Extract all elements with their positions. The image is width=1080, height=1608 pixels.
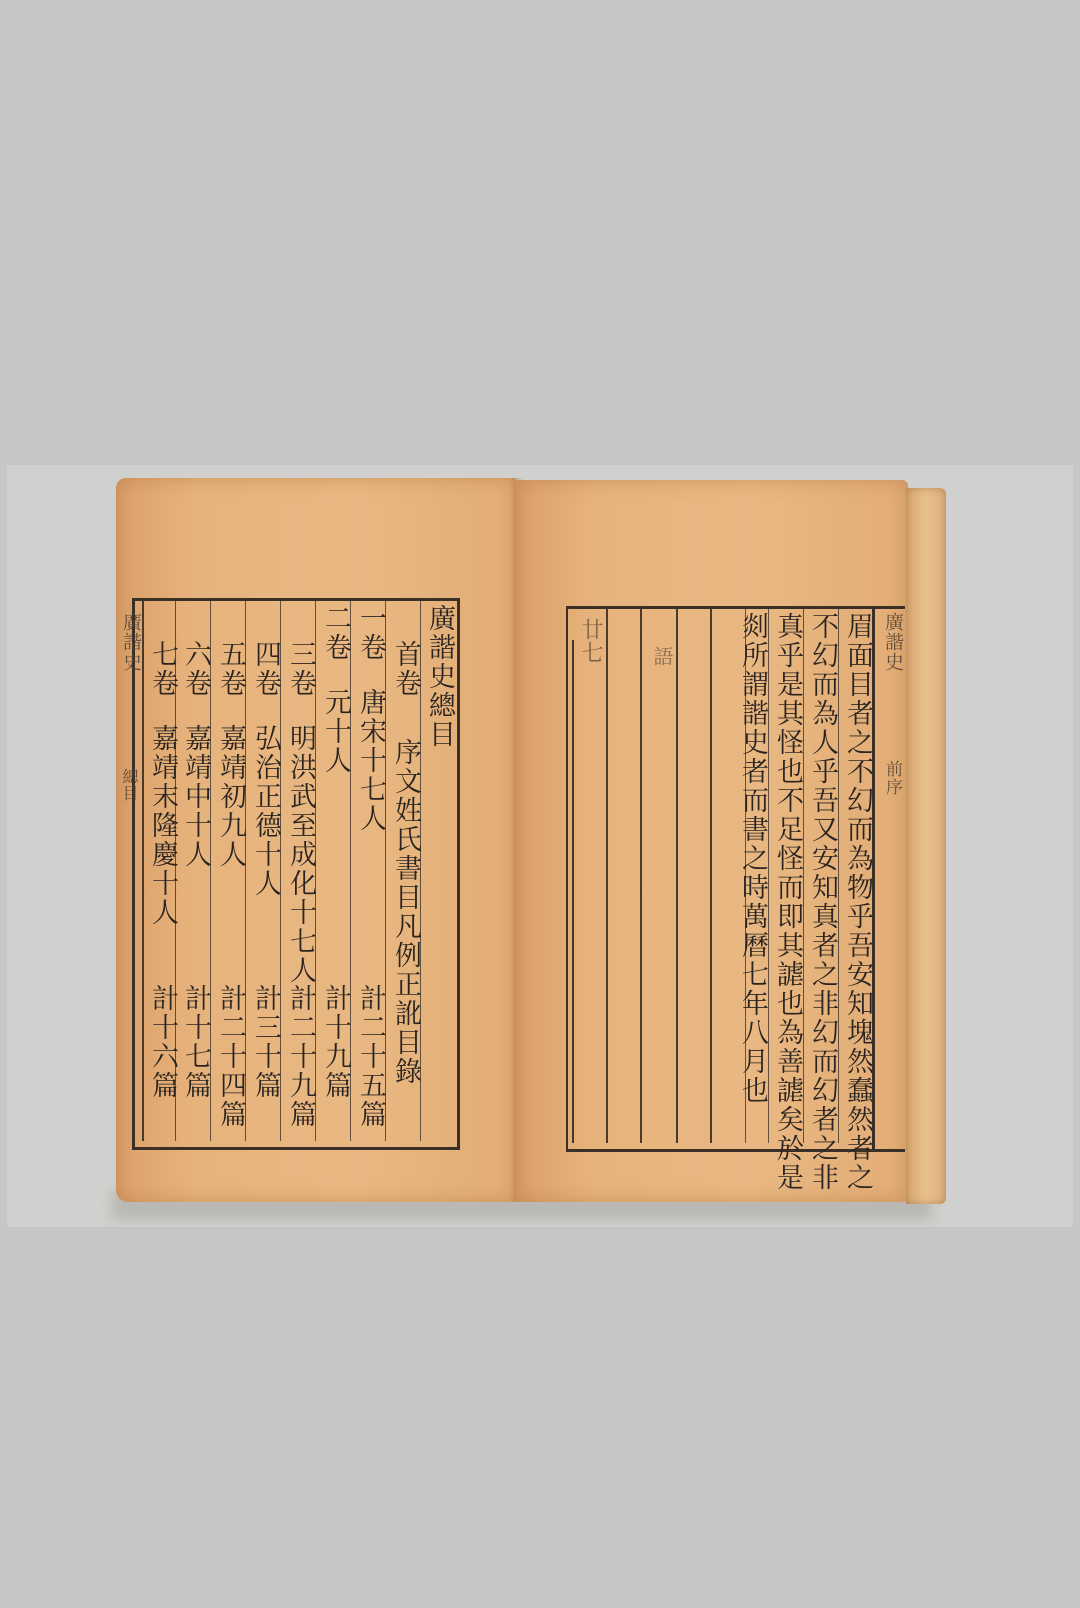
toc-volume-total: 計十九篇 bbox=[318, 984, 352, 1100]
toc-volume-label: 二卷 bbox=[318, 604, 352, 662]
toc-volume-label: 三卷 bbox=[283, 640, 317, 698]
left-page-heart-sub: 總目 bbox=[118, 768, 141, 802]
column-rule bbox=[606, 609, 608, 1143]
toc-volume-label: 六卷 bbox=[178, 640, 212, 698]
toc-volume-content: 嘉靖末隆慶十人 bbox=[145, 724, 179, 927]
preface-line: 剡所謂諧史者而書之時萬曆七年八月也 bbox=[735, 612, 769, 1105]
toc-volume-label: 一卷 bbox=[353, 604, 387, 662]
toc-volume-total: 計二十九篇 bbox=[283, 984, 317, 1129]
toc-volume-total: 計二十四篇 bbox=[213, 984, 247, 1129]
column-rule bbox=[640, 609, 642, 1143]
column-rule bbox=[676, 609, 678, 1143]
left-page-heart-title: 廣諧史 bbox=[118, 612, 145, 672]
toc-volume-content: 嘉靖中十人 bbox=[178, 724, 212, 869]
toc-volume-content: 元十人 bbox=[318, 688, 352, 775]
toc-volume-content: 明洪武至成化十七人 bbox=[283, 724, 317, 985]
preface-line: 真乎是其怪也不足怪而即其謔也為善謔矣於是 bbox=[770, 612, 804, 1192]
toc-volume-label: 首卷 bbox=[388, 640, 422, 698]
page-edge-stack bbox=[906, 488, 946, 1204]
toc-volume-label: 四卷 bbox=[248, 640, 282, 698]
right-page-heart-frame bbox=[872, 606, 905, 1152]
toc-volume-total: 計三十篇 bbox=[248, 984, 282, 1100]
toc-volume-total: 計十七篇 bbox=[178, 984, 212, 1100]
toc-volume-content: 唐宋十七人 bbox=[353, 688, 387, 833]
preface-line: 不幻而為人乎吾又安知真者之非幻而幻者之非 bbox=[805, 612, 839, 1192]
toc-volume-total: 計二十五篇 bbox=[353, 984, 387, 1129]
toc-volume-content: 嘉靖初九人 bbox=[213, 724, 247, 869]
preface-line: 眉面目者之不幻而為物乎吾安知塊然蠢然者之 bbox=[840, 612, 874, 1192]
right-page-heart-sub: 前序 bbox=[880, 760, 905, 796]
column-rule bbox=[572, 640, 574, 1143]
right-page-heart-title: 廣諧史 bbox=[880, 612, 907, 672]
column-rule bbox=[142, 601, 144, 1141]
toc-volume-total: 計十六篇 bbox=[145, 984, 179, 1100]
column-rule bbox=[710, 609, 712, 1143]
toc-volume-content: 弘治正德十人 bbox=[248, 724, 282, 898]
toc-volume-label: 七卷 bbox=[145, 640, 179, 698]
toc-volume-label: 五卷 bbox=[213, 640, 247, 698]
toc-title: 廣諧史總目 bbox=[422, 604, 456, 749]
toc-volume-content: 序文姓氏書目凡例正訛目錄 bbox=[388, 738, 422, 1086]
side-mark: 語 bbox=[648, 646, 677, 667]
page-number-mark: 廿七 bbox=[575, 618, 606, 664]
